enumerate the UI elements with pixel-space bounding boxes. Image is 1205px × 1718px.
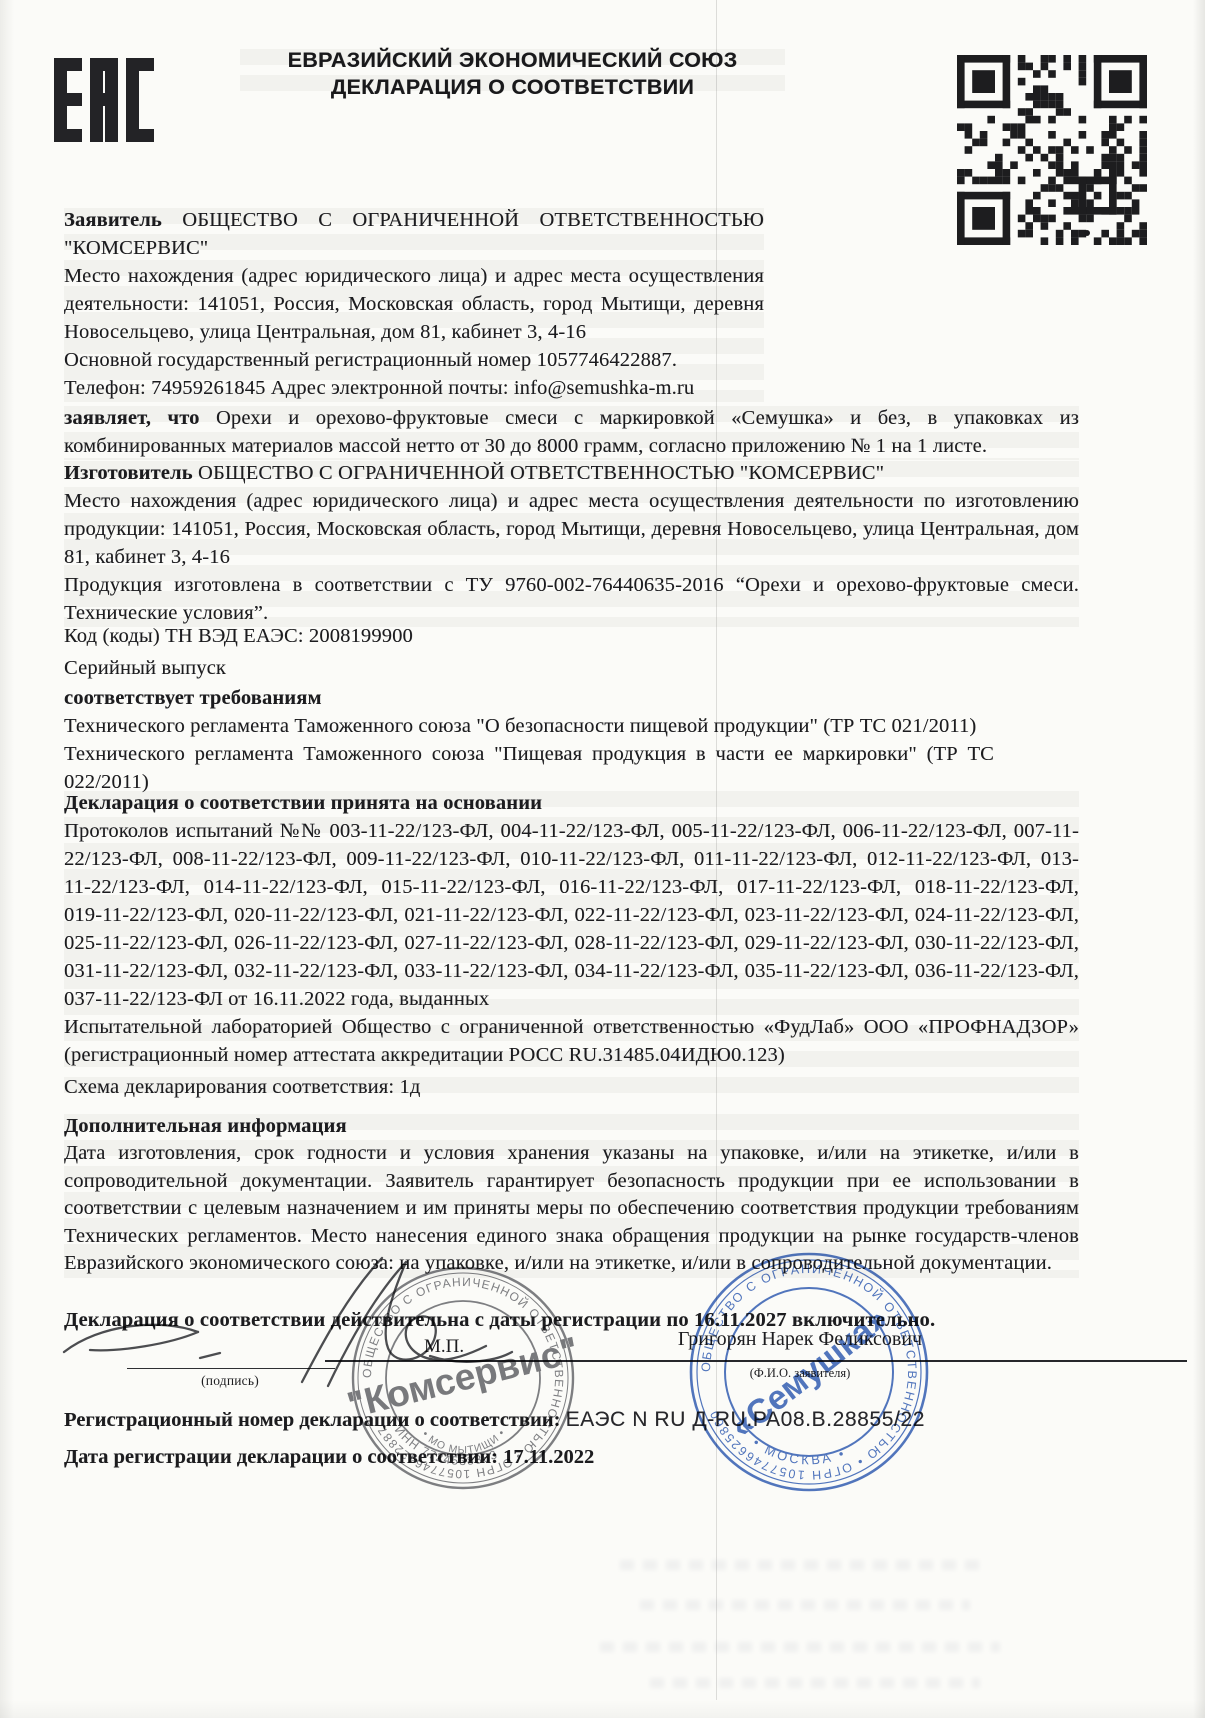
manufacturer-production: Продукция изготовлена в соответствии с Т… (64, 571, 1079, 627)
eac-logo-icon: ЕАС (54, 58, 154, 147)
compliance-label: соответствует требованиям (64, 684, 1079, 712)
applicant-name-line: ЗаявительОБЩЕСТВО С ОГРАНИЧЕННОЙ ОТВЕТСТ… (64, 206, 764, 262)
regulation-item: Технического регламента Таможенного союз… (64, 712, 994, 740)
manufacturer-address: Место нахождения (адрес юридического лиц… (64, 487, 1079, 571)
applicant-ogrn: Основной государственный регистрационный… (64, 346, 764, 374)
applicant-section: ЗаявительОБЩЕСТВО С ОГРАНИЧЕННОЙ ОТВЕТСТ… (64, 206, 764, 402)
regulations-list: Технического регламента Таможенного союз… (64, 712, 994, 796)
ink-dot (1084, 230, 1090, 236)
qr-code (957, 55, 1147, 245)
manufacturer-label: Изготовитель (64, 462, 198, 484)
product-compliance-section: Код (коды) ТН ВЭД ЕАЭС: 2008199900 Серий… (64, 622, 1079, 796)
applicant-address: Место нахождения (адрес юридического лиц… (64, 262, 764, 346)
declares-label: заявляет, что (64, 407, 216, 429)
eac-logo-graphic (54, 58, 154, 142)
header-union: ЕВРАЗИЙСКИЙ ЭКОНОМИЧЕСКИЙ СОЮЗ (240, 47, 785, 74)
basis-label: Декларация о соответствии принята на осн… (64, 789, 1079, 817)
semushka-stamp-center-text: «Семушка» (724, 1300, 896, 1446)
manufacturer-section: ИзготовительОБЩЕСТВО С ОГРАНИЧЕННОЙ ОТВЕ… (64, 459, 1079, 627)
manufacturer-name-line: ИзготовительОБЩЕСТВО С ОГРАНИЧЕННОЙ ОТВЕ… (64, 459, 1079, 487)
additional-info-label: Дополнительная информация (64, 1112, 1079, 1140)
handwritten-signature (50, 1240, 520, 1410)
tn-ved-code: Код (коды) ТН ВЭД ЕАЭС: 2008199900 (64, 622, 1079, 650)
basis-section: Декларация о соответствии принята на осн… (64, 789, 1079, 1101)
basis-protocols: Протоколов испытаний №№ 003-11-22/123-ФЛ… (64, 817, 1079, 1013)
declares-section: заявляет, чтоОрехи и орехово-фруктовые с… (64, 404, 1079, 460)
bleed-through-smudge (640, 1600, 970, 1610)
regulation-item: Технического регламента Таможенного союз… (64, 740, 994, 796)
applicant-contacts: Телефон: 74959261845 Адрес электронной п… (64, 374, 764, 402)
bleed-through-smudge (620, 1560, 980, 1570)
declaration-document: ЕАС ЕВРАЗИЙСКИЙ ЭКОНОМИЧЕСКИЙ СОЮЗ ДЕКЛА… (0, 0, 1205, 1718)
basis-scheme: Схема декларирования соответствия: 1д (64, 1073, 1079, 1101)
bleed-through-smudge (650, 1678, 980, 1688)
declares-line: заявляет, чтоОрехи и орехово-фруктовые с… (64, 404, 1079, 460)
document-header: ЕВРАЗИЙСКИЙ ЭКОНОМИЧЕСКИЙ СОЮЗ ДЕКЛАРАЦИ… (240, 47, 785, 101)
bleed-through-smudge (600, 1642, 1000, 1652)
basis-laboratory: Испытательной лабораторией Общество с ог… (64, 1013, 1079, 1069)
serial-issue: Серийный выпуск (64, 654, 1079, 682)
applicant-label: Заявитель (64, 209, 182, 231)
semushka-round-stamp: ОБЩЕСТВО С ОГРАНИЧЕННОЙ ОТВЕТСТВЕННОСТЬЮ… (683, 1246, 935, 1498)
manufacturer-name: ОБЩЕСТВО С ОГРАНИЧЕННОЙ ОТВЕТСТВЕННОСТЬЮ… (198, 462, 884, 484)
header-doc-title: ДЕКЛАРАЦИЯ О СООТВЕТСТВИИ (240, 74, 785, 101)
declares-text: Орехи и орехово-фруктовые смеси с маркир… (64, 407, 1079, 457)
